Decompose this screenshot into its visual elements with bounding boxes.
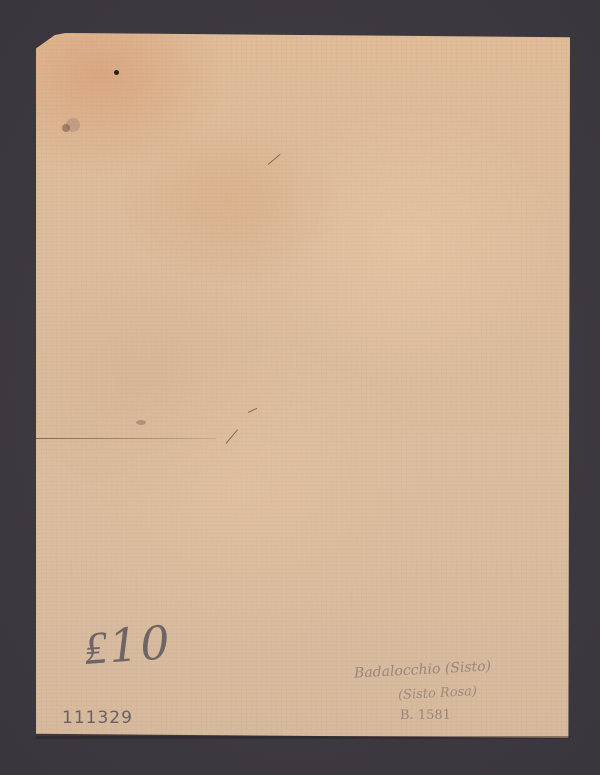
fold-crease (36, 438, 216, 439)
foxing-stain (136, 420, 146, 425)
inventory-number: 111329 (62, 708, 133, 728)
pin-hole (114, 70, 119, 75)
foxing-stain (62, 124, 70, 132)
paper-bottom-edge (36, 736, 570, 739)
attribution-line-3: B. 1581 (400, 708, 451, 723)
pencil-price-annotation: ₤10 (82, 615, 173, 675)
